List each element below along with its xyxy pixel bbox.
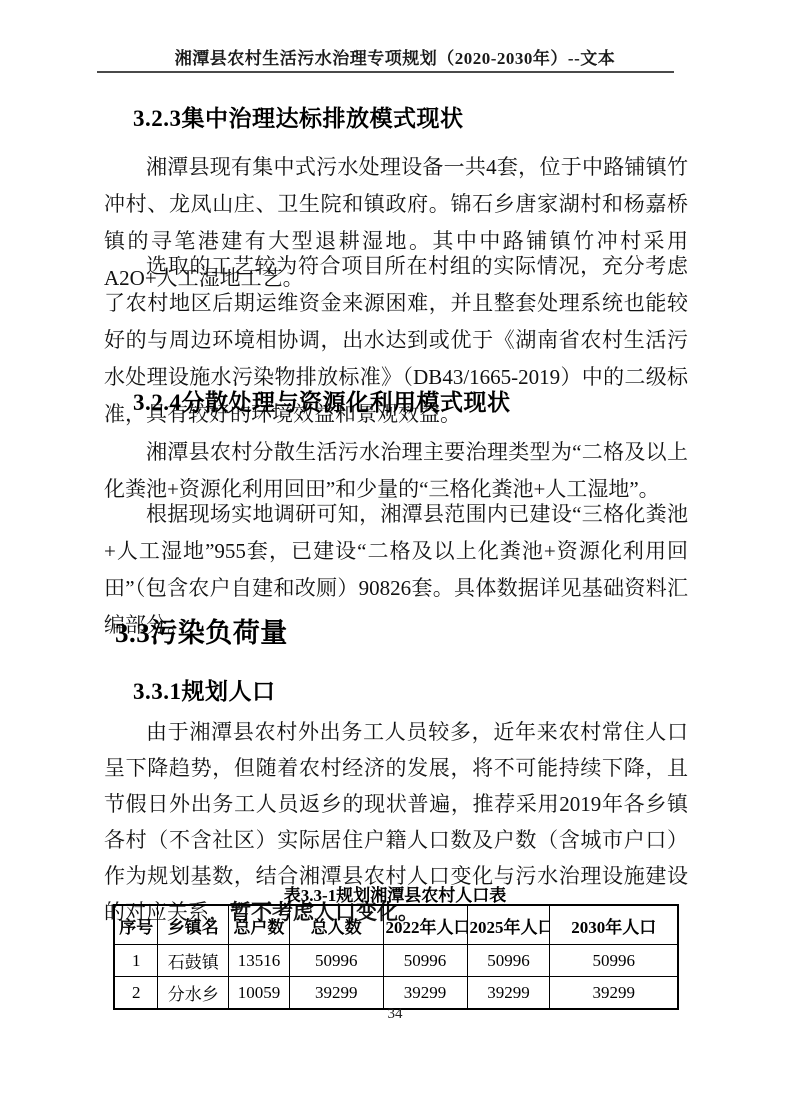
cell-pop-2025: 39299 <box>467 977 550 1010</box>
table-row: 2 分水乡 10059 39299 39299 39299 39299 <box>114 977 678 1010</box>
population-table: 序号 乡镇名 总户数 总人数 2022年人口 2025年人口 2030年人口 1… <box>113 904 679 1010</box>
header-rule <box>97 71 674 73</box>
col-header-pop-2022: 2022年人口 <box>383 905 467 945</box>
cell-pop-2030: 39299 <box>550 977 678 1010</box>
cell-population: 39299 <box>289 977 383 1010</box>
cell-town: 石鼓镇 <box>158 945 229 977</box>
heading-3-3-1: 3.3.1规划人口 <box>133 673 276 706</box>
heading-3-2-3: 3.2.3集中治理达标排放模式现状 <box>133 100 464 133</box>
table-header-row: 序号 乡镇名 总户数 总人数 2022年人口 2025年人口 2030年人口 <box>114 905 678 945</box>
page-number: 34 <box>0 1006 790 1023</box>
table-caption: 表3.3-1规划湘潭县农村人口表 <box>0 881 790 906</box>
cell-pop-2030: 50996 <box>550 945 678 977</box>
cell-households: 10059 <box>228 977 289 1010</box>
col-header-households: 总户数 <box>228 905 289 945</box>
heading-3-2-4: 3.2.4分散处理与资源化利用模式现状 <box>133 384 511 417</box>
cell-town: 分水乡 <box>158 977 229 1010</box>
cell-index: 1 <box>114 945 158 977</box>
col-header-population: 总人数 <box>289 905 383 945</box>
col-header-index: 序号 <box>114 905 158 945</box>
col-header-pop-2025: 2025年人口 <box>467 905 550 945</box>
page-header-title: 湘潭县农村生活污水治理专项规划（2020-2030年）--文本 <box>0 44 790 69</box>
document-page: 湘潭县农村生活污水治理专项规划（2020-2030年）--文本 3.2.3集中治… <box>0 0 790 1118</box>
col-header-pop-2030: 2030年人口 <box>550 905 678 945</box>
cell-pop-2022: 50996 <box>383 945 467 977</box>
table-row: 1 石鼓镇 13516 50996 50996 50996 50996 <box>114 945 678 977</box>
col-header-town: 乡镇名 <box>158 905 229 945</box>
cell-population: 50996 <box>289 945 383 977</box>
cell-index: 2 <box>114 977 158 1010</box>
cell-pop-2022: 39299 <box>383 977 467 1010</box>
cell-households: 13516 <box>228 945 289 977</box>
cell-pop-2025: 50996 <box>467 945 550 977</box>
heading-3-3: 3.3污染负荷量 <box>115 611 288 650</box>
